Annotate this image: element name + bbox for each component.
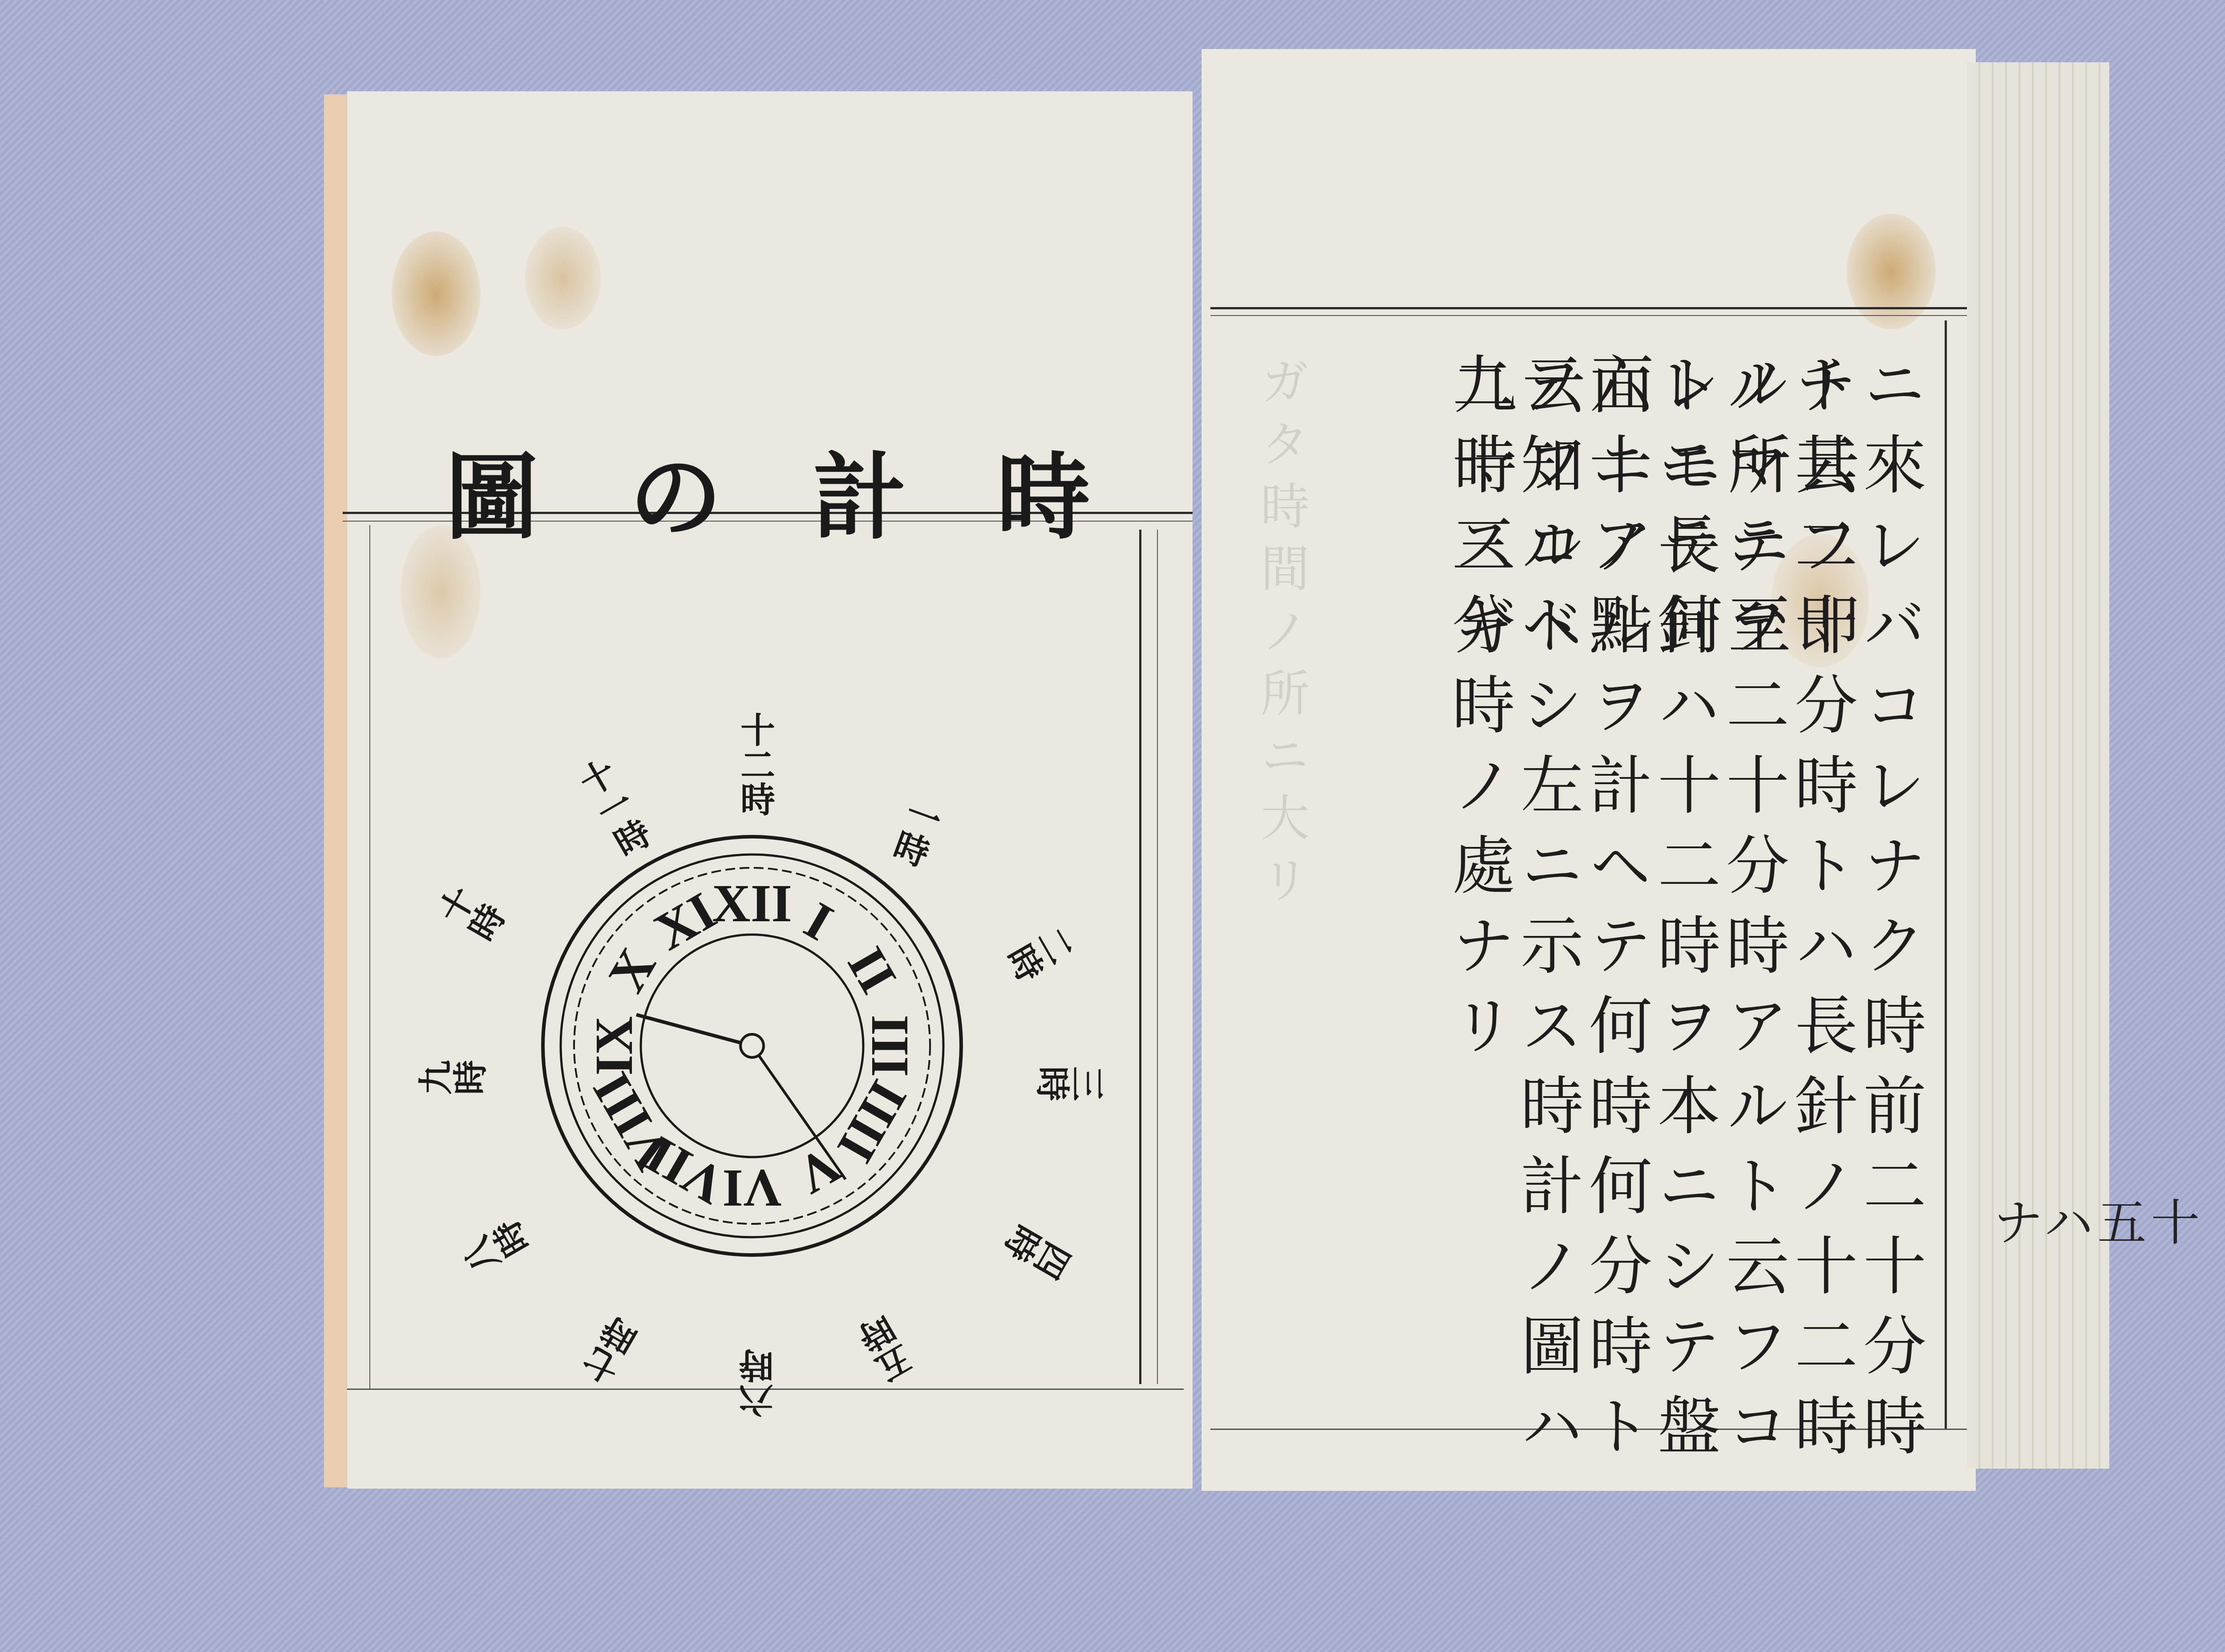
gutter-rule <box>1139 530 1141 1384</box>
stain <box>392 231 481 356</box>
numeral-12: XII <box>712 874 792 933</box>
svg-text:II: II <box>836 937 908 1003</box>
text-column: ニ來レバコレナク時前二十分時ト云フ即 <box>1856 352 1922 1473</box>
stain <box>525 227 601 329</box>
right-frame-top <box>1210 307 1976 309</box>
bleed-through-text: ガタ時間ノ所ニ大リ <box>1246 356 1316 1380</box>
svg-text:X: X <box>596 939 667 1002</box>
page-stack <box>1967 62 2109 1469</box>
gutter-rule-inner <box>1157 530 1158 1384</box>
hour-label-12: 十二時 <box>730 712 780 816</box>
title-char: 圖 <box>445 423 538 557</box>
body-text: ニ來レバコレナク時前二十分時ト云フ即 チ其二十分時トハ長針ノ十二時ノ所ニ至 ルマ… <box>1415 352 1922 1473</box>
clock-diagram: XII I II III IIII V VI VII VIII IX X XI <box>534 828 970 1264</box>
right-frame-top-inner <box>1210 315 1976 316</box>
svg-text:IIII: IIII <box>826 1071 919 1172</box>
right-frame-right <box>1945 320 1947 1429</box>
title-char: 時 <box>997 423 1090 557</box>
hour-label-3: 三時 <box>1036 1056 1105 1105</box>
svg-text:IX: IX <box>584 1016 643 1075</box>
stain <box>1847 214 1936 329</box>
title-char: 計 <box>813 423 906 557</box>
fore-edge-glyphs: ナハ五十 <box>1994 1184 2204 1254</box>
page-title: 時 計 の 圖 <box>445 423 1090 557</box>
svg-text:III: III <box>861 1015 920 1077</box>
hour-label-9: 九時 <box>417 1056 487 1105</box>
title-char: の <box>629 423 722 557</box>
clock-center <box>740 1034 764 1057</box>
svg-text:I: I <box>795 890 843 952</box>
hour-label-6: 六時 <box>734 1348 784 1418</box>
left-frame-left <box>369 525 370 1389</box>
hour-hand <box>636 1015 752 1046</box>
